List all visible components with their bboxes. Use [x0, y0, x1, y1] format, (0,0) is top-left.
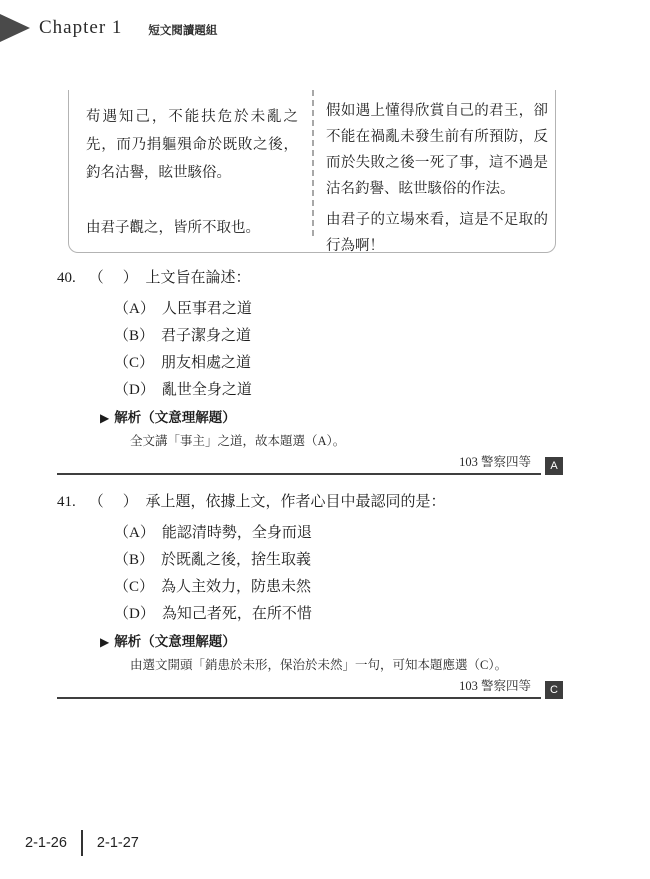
option-row: （D）亂世全身之道 [114, 377, 563, 404]
question-number: 41. [57, 488, 85, 516]
footer: 2-1-26 2-1-27 [25, 830, 139, 856]
option-row: （B）於既亂之後，捨生取義 [114, 547, 563, 574]
option-label: （A） [114, 301, 155, 317]
footer-divider [81, 830, 83, 856]
option-label: （C） [114, 355, 154, 371]
option-row: （A）人臣事君之道 [114, 296, 563, 323]
option-label: （B） [114, 328, 154, 344]
section-title: 短文閱讀題組 [148, 22, 217, 38]
analysis-text: 由選文開頭「銷患於未形，保治於未然」一句，可知本題應選（C）。 [130, 656, 563, 674]
option-row: （A）能認清時勢，全身而退 [114, 520, 563, 547]
option-list: （A）能認清時勢，全身而退 （B）於既亂之後，捨生取義 （C）為人主效力，防患未… [114, 520, 563, 628]
answer-blank: （ ） [89, 488, 140, 516]
passage-column-divider [312, 90, 314, 236]
page-number-left: 2-1-26 [25, 835, 67, 851]
option-text: 為知己者死，在所不惜 [162, 606, 312, 622]
question-number: 40. [57, 264, 85, 292]
passage-paragraph: 苟遇知己，不能扶危於未亂之先，而乃捐軀殞命於既敗之後，釣名沽譽，眩世駭俗。 [86, 103, 298, 187]
option-row: （C）為人主效力，防患未然 [114, 574, 563, 601]
option-label: （D） [114, 606, 155, 622]
page-number-right: 2-1-27 [97, 835, 139, 851]
passage-paragraph: 由君子觀之，皆所不取也。 [86, 214, 298, 242]
section-rule: 103 警察四等 [57, 676, 541, 699]
section-rule: 103 警察四等 [57, 452, 541, 475]
option-text: 為人主效力，防患未然 [161, 579, 311, 595]
option-text: 君子潔身之道 [161, 328, 251, 344]
answer-badge: C [545, 681, 563, 699]
question-stem: 承上題，依據上文，作者心目中最認同的是： [146, 494, 446, 510]
analysis-text: 全文講「事主」之道，故本題選（A）。 [130, 432, 563, 450]
book-page: Chapter 1 短文閱讀題組 苟遇知己，不能扶危於未亂之先，而乃捐軀殞命於既… [0, 0, 650, 879]
exam-source: 103 警察四等 [459, 679, 531, 693]
source-row: 103 警察四等 A [57, 452, 563, 475]
analysis-title: 解析（文意理解題） [114, 634, 236, 649]
passage-left-column: 苟遇知己，不能扶危於未亂之先，而乃捐軀殞命於既敗之後，釣名沽譽，眩世駭俗。 由君… [86, 103, 298, 242]
option-text: 人臣事君之道 [162, 301, 252, 317]
option-text: 亂世全身之道 [162, 382, 252, 398]
question-block-41: 41. （ ） 承上題，依據上文，作者心目中最認同的是： （A）能認清時勢，全身… [57, 488, 563, 699]
option-row: （C）朋友相處之道 [114, 350, 563, 377]
chapter-label: Chapter 1 [39, 17, 122, 39]
source-row: 103 警察四等 C [57, 676, 563, 699]
analysis-marker-icon: ▶ [100, 635, 109, 649]
option-row: （D）為知己者死，在所不惜 [114, 601, 563, 628]
option-label: （A） [114, 525, 155, 541]
passage-box: 苟遇知己，不能扶危於未亂之先，而乃捐軀殞命於既敗之後，釣名沽譽，眩世駭俗。 由君… [68, 90, 556, 253]
option-label: （D） [114, 382, 155, 398]
passage-paragraph: 假如遇上懂得欣賞自己的君王，卻不能在禍亂未發生前有所預防，反而於失敗之後一死了事… [326, 98, 548, 202]
answer-blank: （ ） [89, 264, 140, 292]
analysis-title-row: ▶解析（文意理解題） [100, 408, 563, 428]
chapter-arrow-icon [0, 14, 30, 42]
passage-right-column: 假如遇上懂得欣賞自己的君王，卻不能在禍亂未發生前有所預防，反而於失敗之後一死了事… [326, 98, 548, 259]
option-text: 朋友相處之道 [161, 355, 251, 371]
option-text: 於既亂之後，捨生取義 [161, 552, 311, 568]
option-row: （B）君子潔身之道 [114, 323, 563, 350]
answer-badge: A [545, 457, 563, 475]
analysis-marker-icon: ▶ [100, 411, 109, 425]
question-block-40: 40. （ ） 上文旨在論述： （A）人臣事君之道 （B）君子潔身之道 （C）朋… [57, 264, 563, 475]
question-line: 41. （ ） 承上題，依據上文，作者心目中最認同的是： [57, 488, 563, 516]
question-line: 40. （ ） 上文旨在論述： [57, 264, 563, 292]
analysis-title-row: ▶解析（文意理解題） [100, 632, 563, 652]
option-text: 能認清時勢，全身而退 [162, 525, 312, 541]
analysis-title: 解析（文意理解題） [114, 410, 236, 425]
option-label: （B） [114, 552, 154, 568]
chapter-header: Chapter 1 短文閱讀題組 [0, 14, 217, 42]
question-stem: 上文旨在論述： [146, 270, 251, 286]
option-label: （C） [114, 579, 154, 595]
option-list: （A）人臣事君之道 （B）君子潔身之道 （C）朋友相處之道 （D）亂世全身之道 [114, 296, 563, 404]
passage-paragraph: 由君子的立場來看，這是不足取的行為啊！ [326, 207, 548, 259]
exam-source: 103 警察四等 [459, 455, 531, 469]
